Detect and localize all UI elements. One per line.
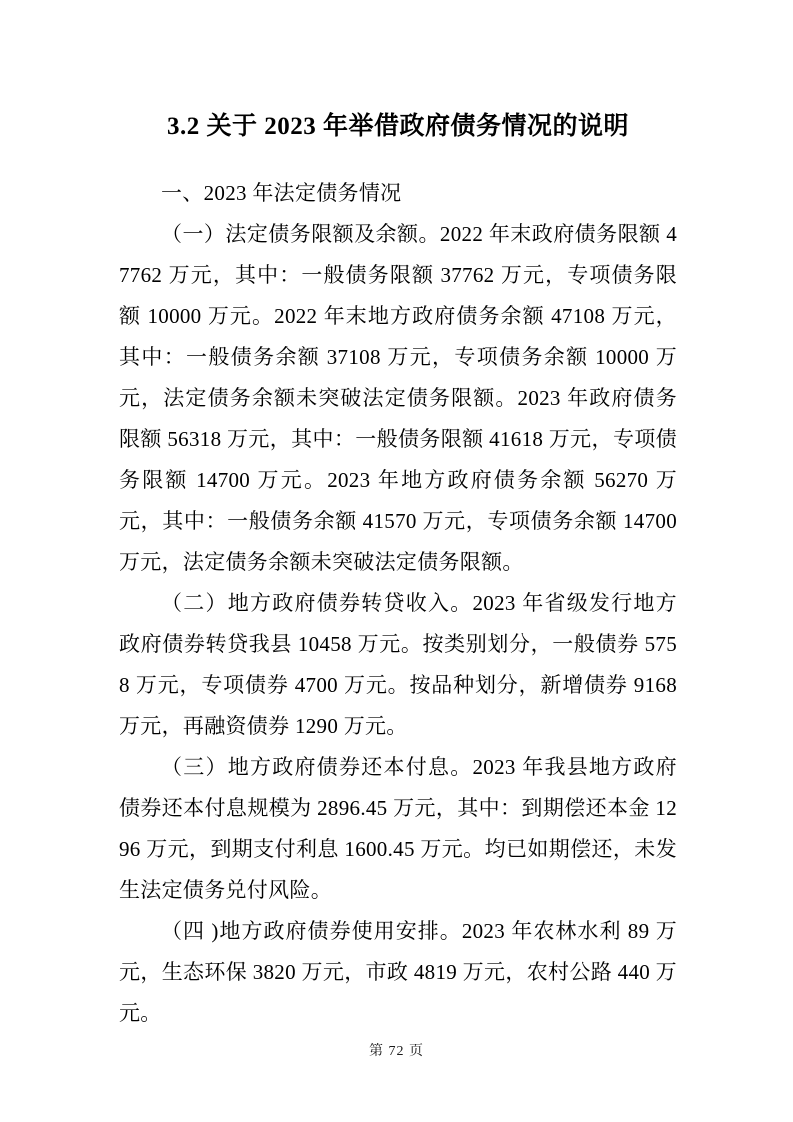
document-title: 3.2 关于 2023 年举借政府债务情况的说明 bbox=[119, 106, 677, 147]
document-body: 3.2 关于 2023 年举借政府债务情况的说明 一、2023 年法定债务情况 … bbox=[119, 106, 677, 1034]
document-page: 3.2 关于 2023 年举借政府债务情况的说明 一、2023 年法定债务情况 … bbox=[0, 0, 793, 1122]
paragraph-bond-usage-arrangement: （四 )地方政府债券使用安排。2023 年农林水利 89 万元，生态环保 382… bbox=[119, 911, 677, 1034]
paragraph-principal-interest-repayment: （三）地方政府债券还本付息。2023 年我县地方政府债券还本付息规模为 2896… bbox=[119, 747, 677, 911]
paragraph-debt-limit-and-balance: （一）法定债务限额及余额。2022 年末政府债务限额 47762 万元，其中：一… bbox=[119, 214, 677, 583]
section-heading-legal-debt: 一、2023 年法定债务情况 bbox=[119, 173, 677, 214]
page-number: 第 72 页 bbox=[0, 1040, 793, 1060]
paragraph-bond-onlending-income: （二）地方政府债券转贷收入。2023 年省级发行地方政府债券转贷我县 10458… bbox=[119, 583, 677, 747]
